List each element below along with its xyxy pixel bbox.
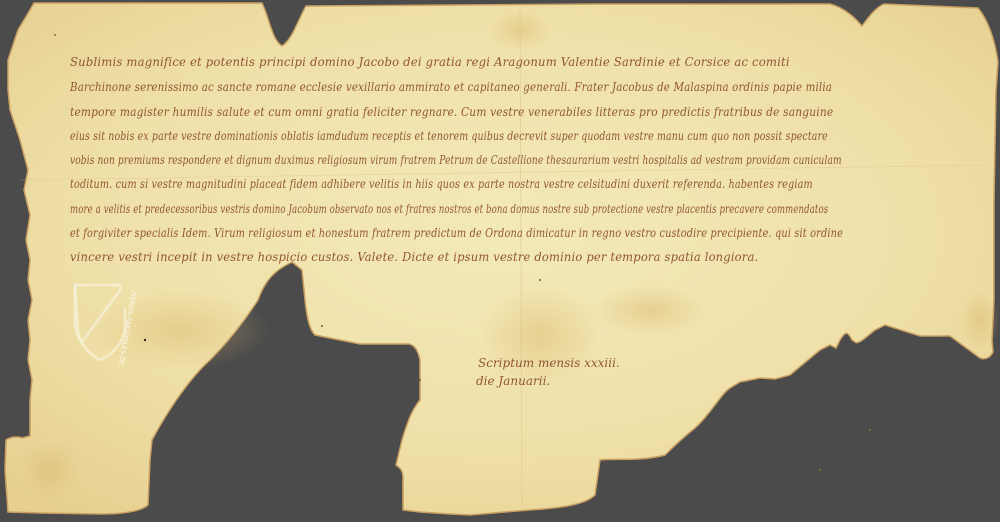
manuscript-line-6: toditum. cum si vestre magnitudini place… bbox=[70, 176, 813, 191]
manuscript-line-9: vincere vestri incepit in vestre hospici… bbox=[70, 249, 758, 264]
manuscript-line-4: eius sit nobis ex parte vestre dominatio… bbox=[70, 128, 828, 143]
manuscript-line-7: more a velitis et predecessoribus vestri… bbox=[70, 201, 828, 216]
manuscript-viewer: Sublimis magnifice et potentis principi … bbox=[0, 0, 1000, 522]
dating-clause-line-1: Scriptum mensis xxxiii. bbox=[478, 356, 620, 370]
manuscript-line-8: et forgiviter specialis Idem. Virum reli… bbox=[70, 225, 843, 240]
manuscript-line-5: vobis non premiums respondere et dignum … bbox=[70, 152, 842, 167]
manuscript-line-2: Barchinone serenissimo ac sancte romane … bbox=[70, 79, 832, 94]
shield-logo-icon: ZIEREIS-FAKSIMILES.DE bbox=[70, 280, 140, 380]
manuscript-line-3: tempore magister humilis salute et cum o… bbox=[70, 104, 833, 119]
publisher-watermark: ZIEREIS-FAKSIMILES.DE bbox=[70, 280, 140, 380]
watermark-text: ZIEREIS-FAKSIMILES.DE bbox=[117, 290, 138, 366]
manuscript-line-1: Sublimis magnifice et potentis principi … bbox=[70, 54, 790, 69]
dating-clause-line-2: die Januarii. bbox=[476, 374, 550, 388]
